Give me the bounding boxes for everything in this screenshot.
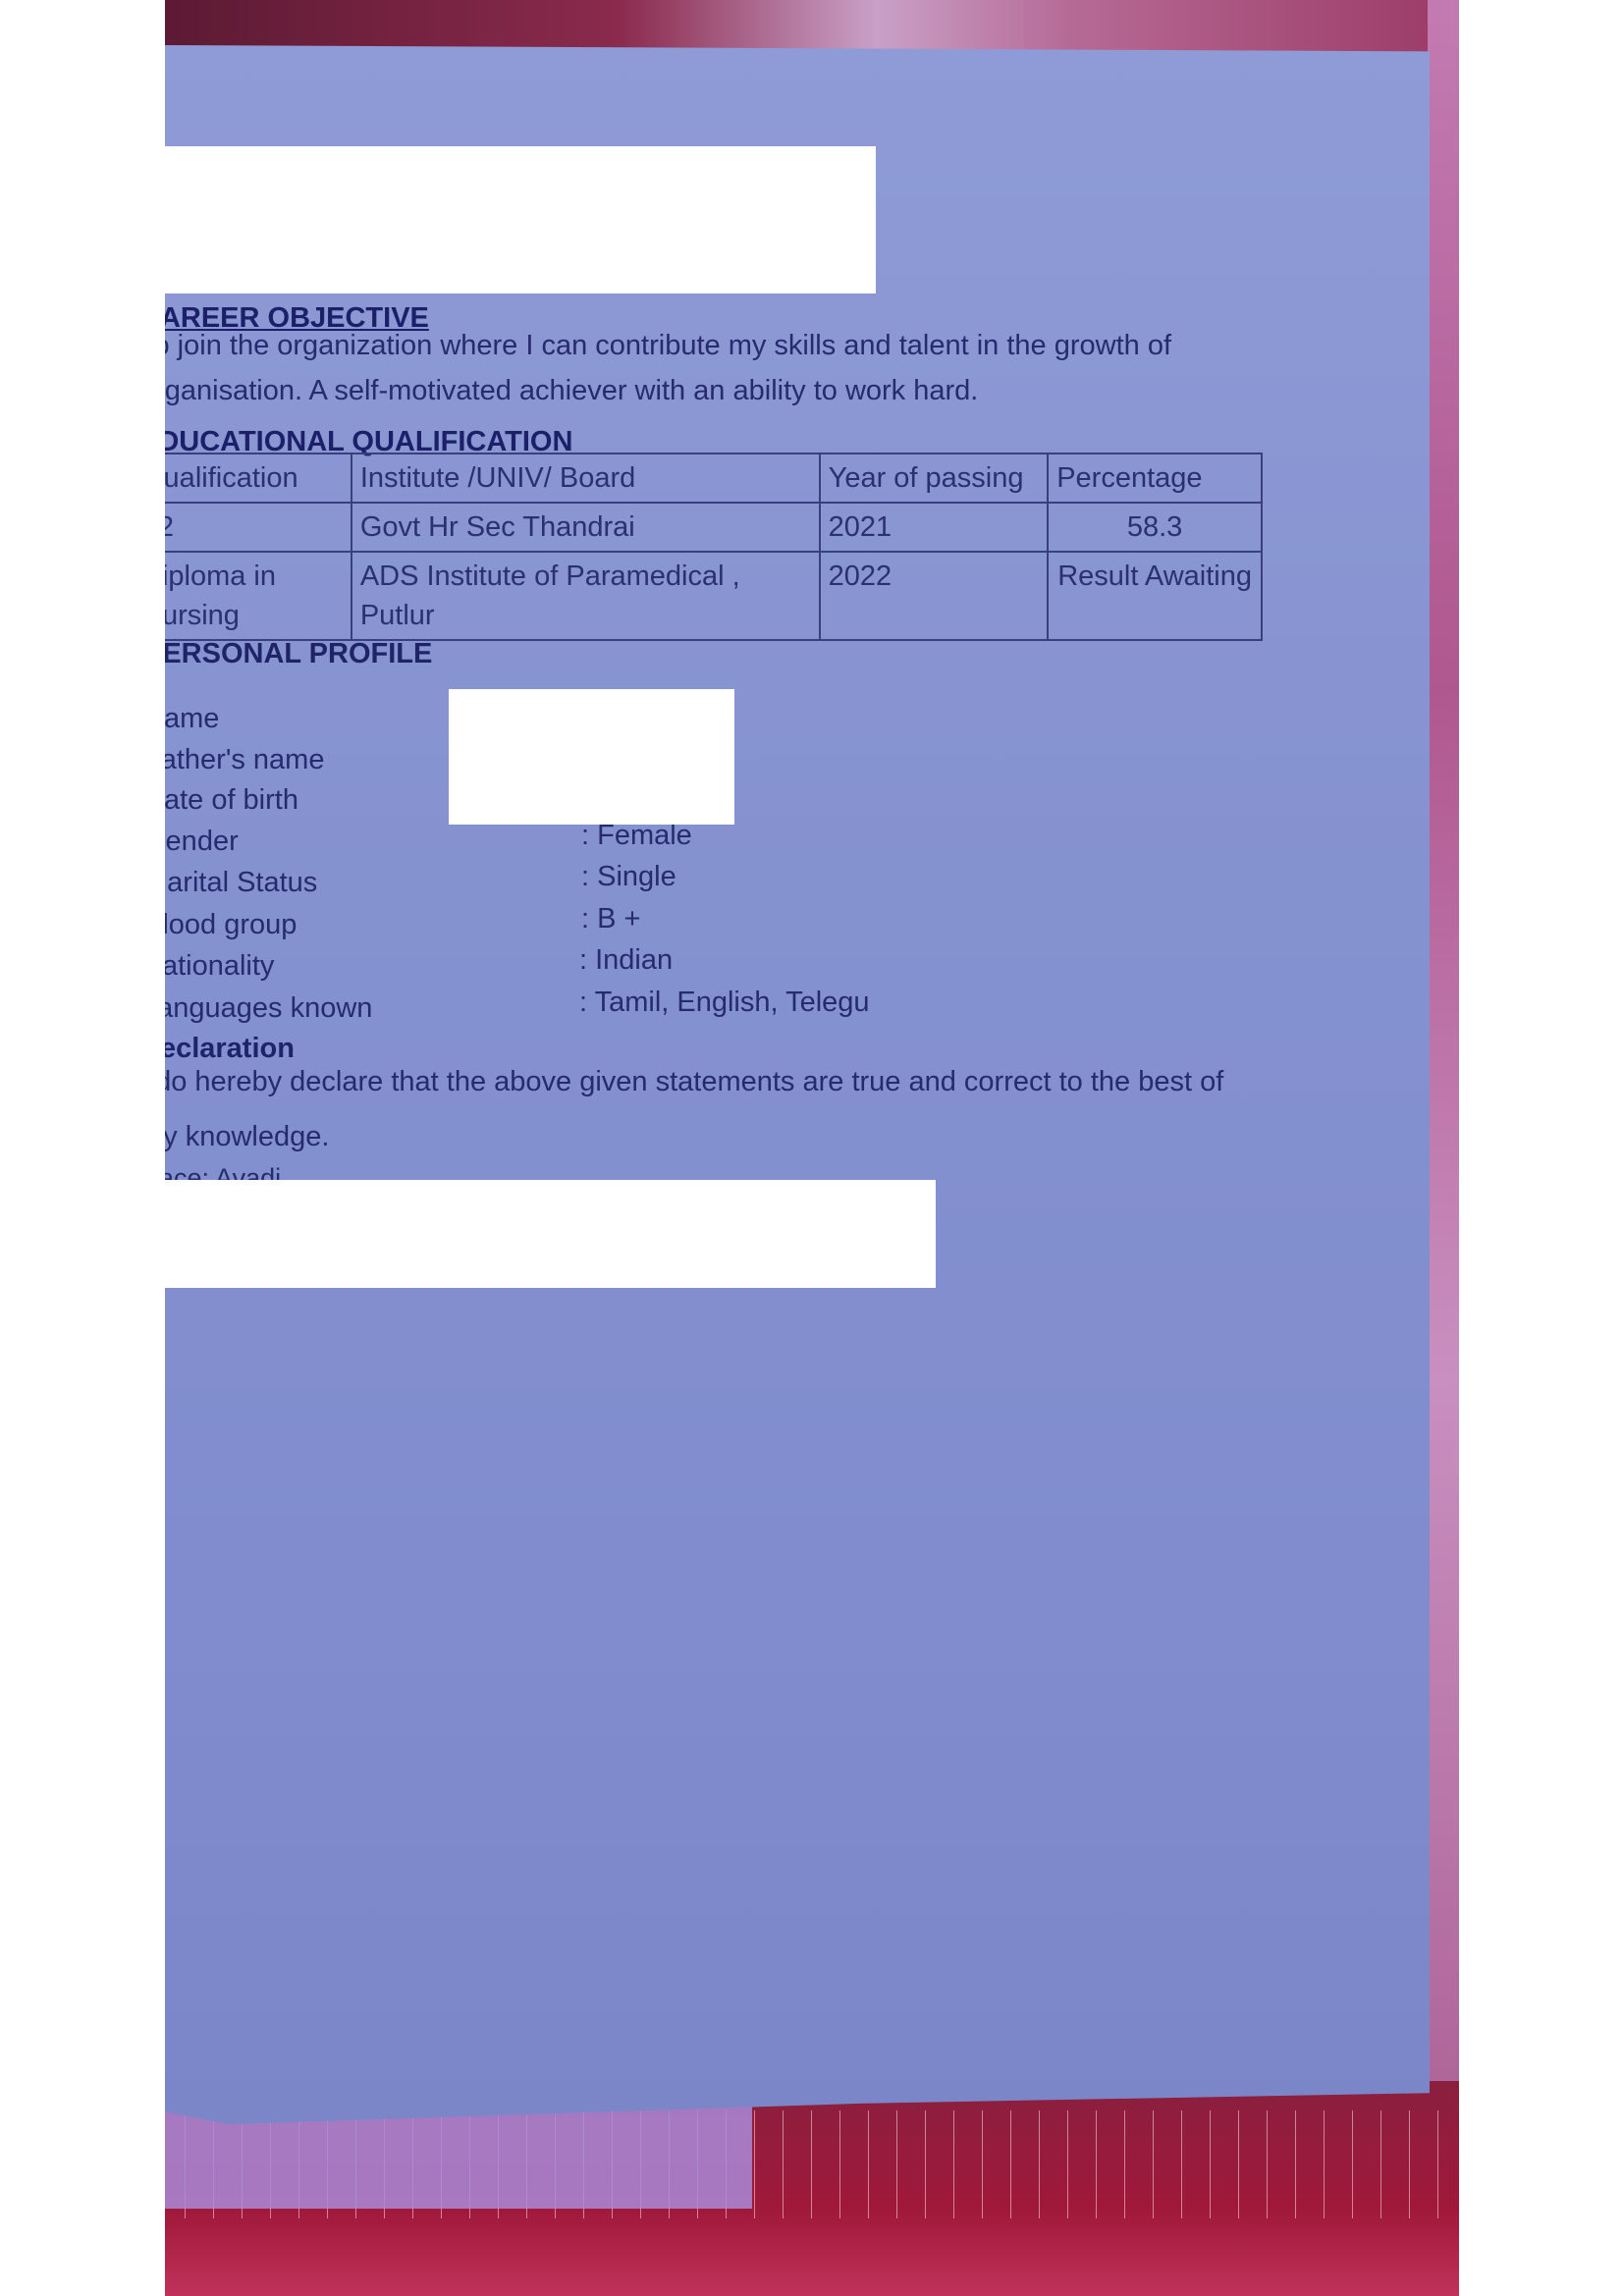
background-stripe	[1295, 2110, 1296, 2218]
background-stripe	[953, 2110, 954, 2218]
background-stripe	[754, 2110, 755, 2218]
profile-field-value: : Indian	[579, 944, 673, 977]
background-stripe	[1039, 2110, 1040, 2218]
column-header: Percentage	[1048, 454, 1262, 503]
column-header: Year of passing	[820, 454, 1049, 503]
table-header-row: Qualification Institute /UNIV/ Board Yea…	[165, 454, 1262, 503]
redacted-signature-block	[165, 1180, 936, 1288]
background-stripe	[1010, 2110, 1011, 2218]
cell-qualification: +2	[165, 503, 352, 552]
background-stripe	[925, 2110, 926, 2218]
table-row: Diploma in Nursing ADS Institute of Para…	[165, 552, 1262, 640]
redacted-contact-block	[165, 146, 876, 294]
profile-field-value: : Tamil, English, Telegu	[579, 987, 870, 1019]
background-right	[1428, 0, 1459, 2296]
cell-institute: Govt Hr Sec Thandrai	[352, 503, 820, 552]
cell-year: 2021	[820, 503, 1049, 552]
cell-year: 2022	[820, 552, 1049, 640]
cell-qualification: Diploma in Nursing	[165, 552, 352, 640]
column-header: Institute /UNIV/ Board	[352, 454, 820, 503]
background-stripe	[1324, 2110, 1325, 2218]
resume-paper: RESUME CAREER OBJECTIVE To join the orga…	[165, 45, 1430, 2124]
cell-percentage: 58.3	[1048, 503, 1262, 552]
resume-content: RESUME CAREER OBJECTIVE To join the orga…	[165, 45, 1430, 2124]
table-row: +2 Govt Hr Sec Thandrai 2021 58.3	[165, 503, 1262, 552]
background-stripe	[839, 2110, 840, 2218]
background-stripe	[1437, 2110, 1438, 2218]
redacted-personal-details	[449, 689, 734, 825]
education-table: Qualification Institute /UNIV/ Board Yea…	[165, 453, 1263, 641]
background-stripe	[896, 2110, 897, 2218]
career-objective-line: organisation. A self-motivated achiever …	[165, 368, 1377, 413]
background-stripe	[1380, 2110, 1381, 2218]
profile-field-label: Blood group	[165, 909, 297, 941]
career-objective-text: To join the organization where I can con…	[165, 323, 1377, 413]
background-stripe	[1352, 2110, 1353, 2218]
background-stripe	[783, 2110, 784, 2218]
profile-field-value: : Single	[581, 861, 676, 893]
background-stripe	[1267, 2110, 1268, 2218]
document-photo: RESUME CAREER OBJECTIVE To join the orga…	[165, 0, 1459, 2296]
background-stripe	[868, 2110, 869, 2218]
cell-institute: ADS Institute of Paramedical , Putlur	[352, 552, 820, 640]
background-stripe	[1210, 2110, 1211, 2218]
background-stripe	[982, 2110, 983, 2218]
profile-field-label: Languages known	[165, 992, 372, 1025]
personal-profile-heading: PERSONAL PROFILE	[165, 638, 432, 670]
column-header: Qualification	[165, 454, 352, 503]
background-stripe	[1124, 2110, 1125, 2218]
profile-field-value: : B +	[581, 903, 640, 935]
profile-field-label: Gender	[165, 826, 239, 858]
background-stripe	[1153, 2110, 1154, 2218]
background-stripe	[1409, 2110, 1410, 2218]
profile-field-label: Nationality	[165, 950, 274, 983]
background-stripe	[1181, 2110, 1182, 2218]
profile-field-label: Father's name	[165, 744, 324, 776]
career-objective-line: To join the organization where I can con…	[165, 323, 1377, 368]
cell-percentage: Result Awaiting	[1048, 552, 1262, 640]
profile-field-label: Marital Status	[165, 867, 317, 899]
background-stripe	[811, 2110, 812, 2218]
background-stripe	[1067, 2110, 1068, 2218]
declaration-line: my knowledge.	[165, 1109, 1416, 1164]
declaration-line: I do hereby declare that the above given…	[165, 1054, 1416, 1109]
declaration-text: I do hereby declare that the above given…	[165, 1054, 1416, 1164]
profile-field-label: Date of birth	[165, 784, 298, 817]
background-stripe	[1096, 2110, 1097, 2218]
profile-field-label: Name	[165, 703, 219, 735]
background-stripe	[1238, 2110, 1239, 2218]
